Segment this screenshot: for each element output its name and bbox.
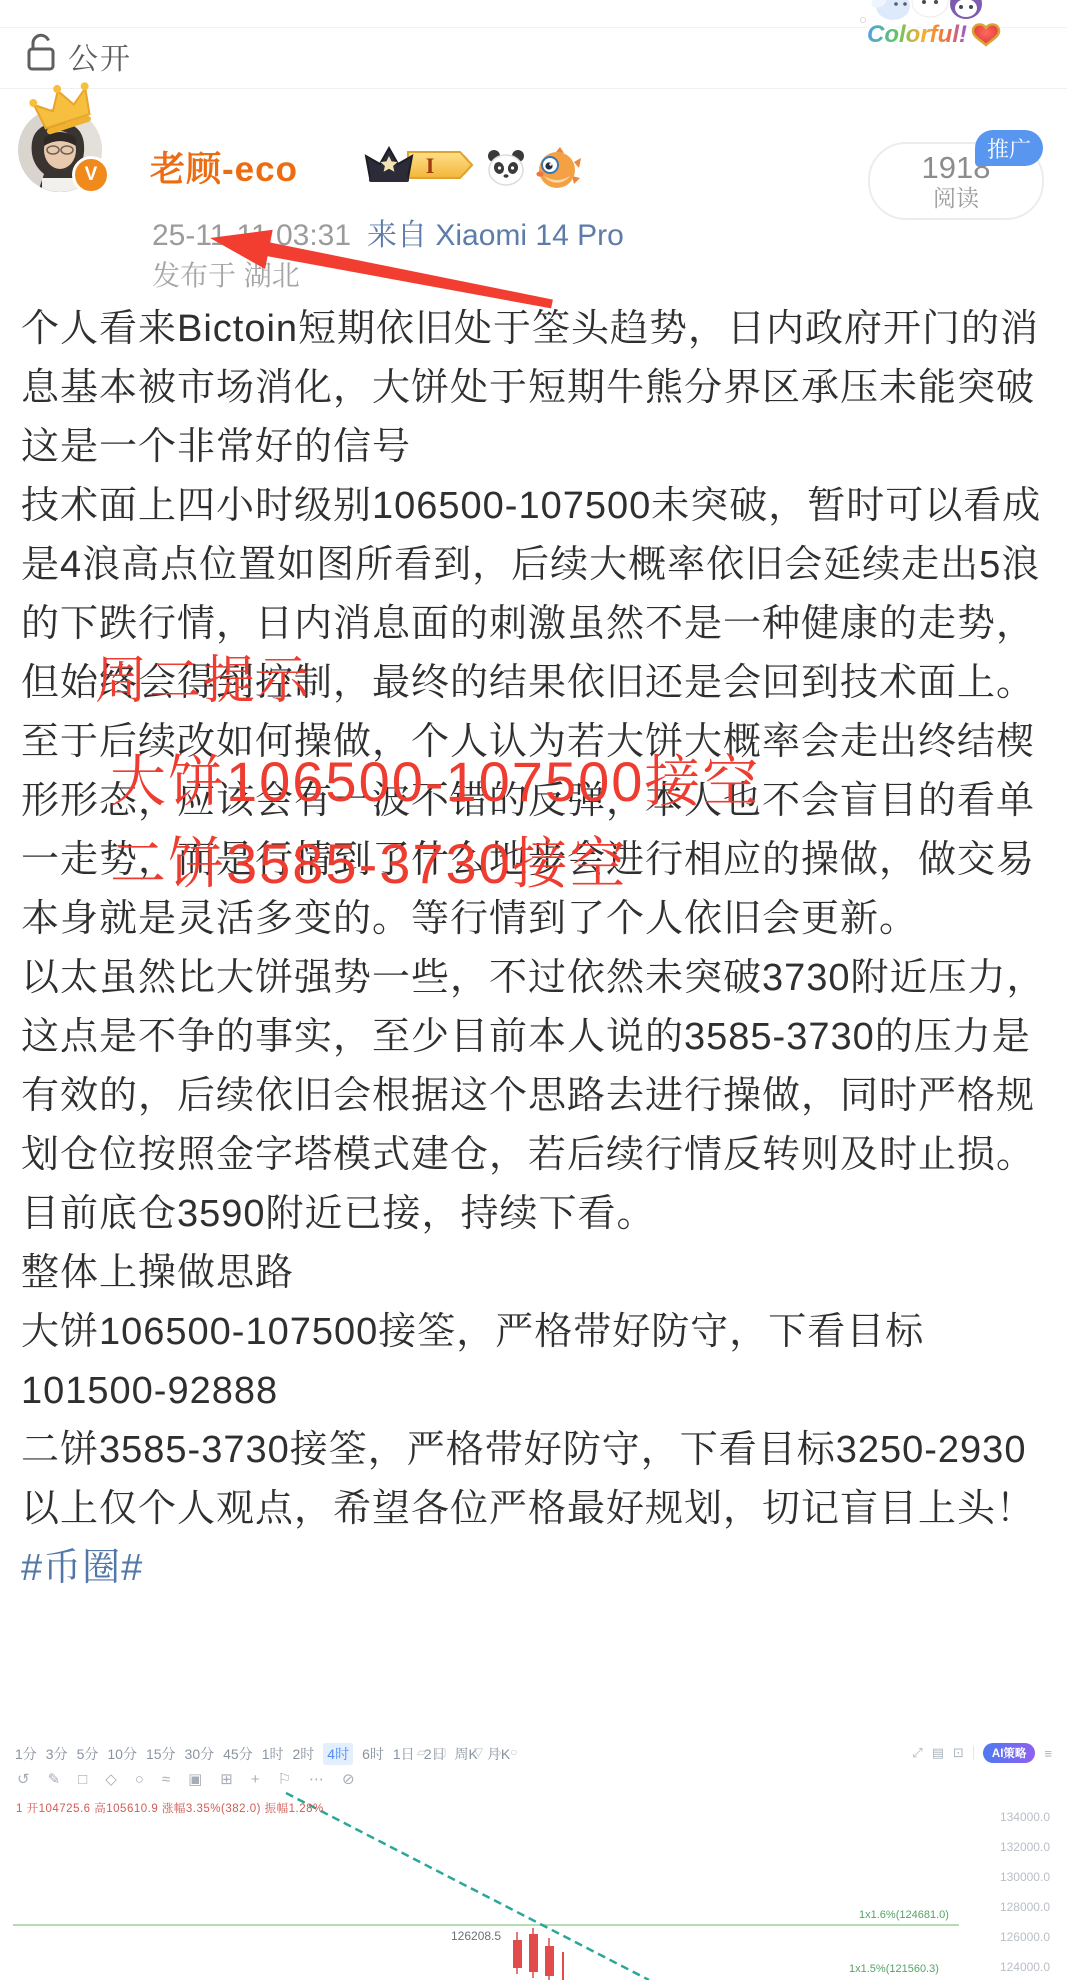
timeframe-button[interactable]: 15分 <box>146 1744 176 1764</box>
red-annotation-line2: 大饼106500-107500接空 <box>110 738 760 818</box>
circle-tool-icon[interactable]: ○ <box>135 1771 144 1788</box>
y-axis-tick: 126000.0 <box>980 1930 1050 1944</box>
fullscreen-icon[interactable]: ⊡ <box>953 1745 964 1761</box>
promo-badge: 推广 <box>975 130 1043 166</box>
plus-tool-icon[interactable]: + <box>251 1771 260 1788</box>
red-annotation-line3: 二饼3585-3730接空 <box>110 820 628 900</box>
verified-badge: V <box>72 156 110 194</box>
colorful-text: Colorful! <box>867 21 967 48</box>
timeframe-button[interactable]: 3分 <box>46 1744 68 1764</box>
pufferfish-icon <box>536 146 582 190</box>
expand-icon[interactable]: ⤢ <box>912 1745 922 1761</box>
toolbar-divider <box>973 1746 974 1760</box>
username[interactable]: 老顾-eco <box>150 142 298 192</box>
more-tools-icon[interactable]: ⋯ <box>309 1770 324 1788</box>
chart-toolbar-right: ⤢ ▤ ⊡ AI策略 ≡ <box>912 1743 1052 1763</box>
red-annotation-line1: 周二提示 <box>95 638 311 713</box>
paragraph: 以上仅个人观点，希望各位严格最好规划，切记盲目上头！ <box>21 1480 1047 1539</box>
chart-image[interactable]: 1分 3分 5分 10分 15分 30分 45分 1时 2时 4时 6时 1日 … <box>13 1742 1054 1980</box>
add-panel-icon[interactable]: ⊞ <box>220 1770 233 1788</box>
panel-icon[interactable]: ▤ <box>932 1745 944 1761</box>
post-meta: 25-11-11 03:31来自 Xiaomi 14 Pro <box>152 210 624 254</box>
trendline-label: 1x1.6%(124681.0) <box>859 1909 949 1921</box>
timeframe-button[interactable]: 30分 <box>185 1744 215 1764</box>
location-label: 发布于 湖北 <box>152 254 300 294</box>
timeframe-button[interactable]: 6时 <box>362 1744 384 1764</box>
heart-icon <box>973 24 999 45</box>
timeframe-button[interactable]: 1日 <box>393 1744 415 1764</box>
paragraph: 二饼3585-3730接筌，严格带好防守，下看目标3250-2930 <box>21 1421 1047 1480</box>
chart-indicator-icons[interactable]: ▱▢△▽◇○ <box>417 1745 527 1759</box>
wave-tool-icon[interactable]: ≈ <box>162 1771 170 1788</box>
timeframe-button[interactable]: 1分 <box>15 1744 37 1764</box>
ai-strategy-button[interactable]: AI策略 <box>983 1743 1036 1763</box>
timeframe-button[interactable]: 2时 <box>293 1744 315 1764</box>
timeframe-button[interactable]: 45分 <box>223 1744 253 1764</box>
vip-level-text: I <box>426 153 435 178</box>
weibo-post-screen: 公开 <box>0 0 1067 1980</box>
y-axis-tick: 132000.0 <box>980 1840 1050 1854</box>
paragraph: 以太虽然比大饼强势一些，不过依然未突破3730附近压力，这点是不争的事实，至少目… <box>21 949 1047 1244</box>
hashtag-link[interactable]: #币圈# <box>21 1547 143 1589</box>
panda-icon <box>486 148 526 188</box>
flag-tool-icon[interactable]: ⚐ <box>278 1770 291 1788</box>
timeframe-button[interactable]: 10分 <box>107 1744 137 1764</box>
vip-level-badge[interactable]: I <box>364 144 476 186</box>
y-axis-tick: 124000.0 <box>980 1960 1050 1974</box>
y-axis-tick: 134000.0 <box>980 1810 1050 1824</box>
colorful-decor-badge: Colorful! <box>855 0 1005 56</box>
read-label: 阅读 <box>933 185 979 212</box>
timeframe-button[interactable]: 1时 <box>262 1744 284 1764</box>
menu-icon[interactable]: ≡ <box>1044 1746 1052 1761</box>
timestamp: 25-11-11 03:31 <box>152 219 351 252</box>
unlock-icon <box>24 33 58 73</box>
post-body: 个人看来Bictoin短期依旧处于筌头趋势，日内政府开门的消息基本被市场消化，大… <box>21 300 1047 1598</box>
visibility-label: 公开 <box>68 34 132 78</box>
grid-tool-icon[interactable]: ▣ <box>188 1770 202 1788</box>
price-label: 126208.5 <box>451 1929 501 1943</box>
ohlc-readout: 1 开104725.6 高105610.9 涨幅3.35%(382.0) 振幅1… <box>16 1800 324 1816</box>
paragraph: 大饼106500-107500接筌，严格带好防守，下看目标101500-9288… <box>21 1303 1047 1421</box>
y-axis-tick: 128000.0 <box>980 1900 1050 1914</box>
paragraph: 个人看来Bictoin短期依旧处于筌头趋势，日内政府开门的消息基本被市场消化，大… <box>21 300 1047 477</box>
trendline-label: 1x1.5%(121560.3) <box>849 1963 939 1975</box>
source-link[interactable]: 来自 Xiaomi 14 Pro <box>367 219 624 252</box>
timeframe-button[interactable]: 5分 <box>77 1744 99 1764</box>
paragraph: 整体上操做思路 <box>21 1244 1047 1303</box>
pencil-icon[interactable]: ✎ <box>48 1770 61 1788</box>
y-axis-tick: 130000.0 <box>980 1870 1050 1884</box>
rect-tool-icon[interactable]: □ <box>78 1771 87 1788</box>
timeframe-button-active[interactable]: 4时 <box>323 1743 353 1765</box>
diamond-tool-icon[interactable]: ◇ <box>105 1770 117 1788</box>
delete-tool-icon[interactable]: ⊘ <box>342 1770 355 1788</box>
drawing-tool-row: ↺ ✎ □ ◇ ○ ≈ ▣ ⊞ + ⚐ ⋯ ⊘ <box>17 1770 355 1788</box>
undo-icon[interactable]: ↺ <box>17 1770 30 1788</box>
